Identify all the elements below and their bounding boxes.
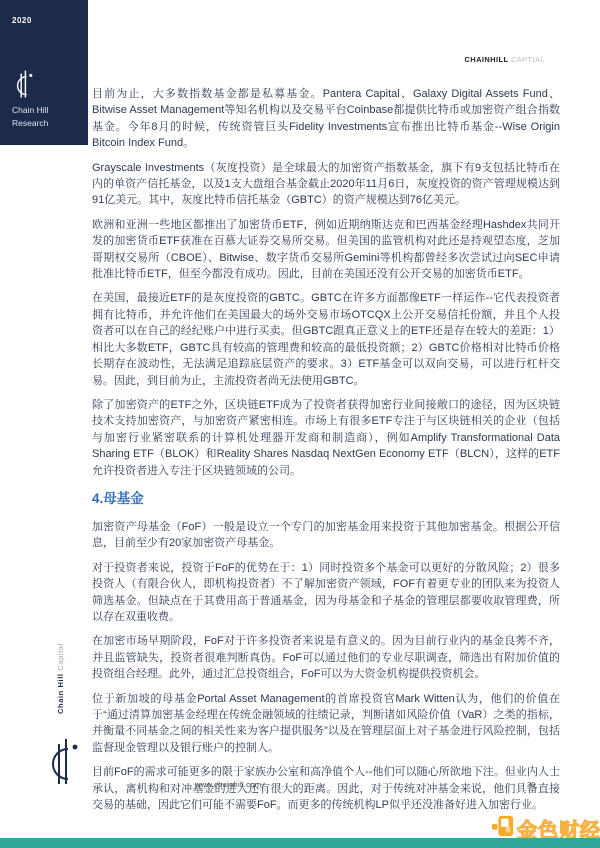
page-header-brand: CHAINHILL CAPTIAL xyxy=(464,55,545,64)
vertical-brand-bold: Chain Hill xyxy=(56,673,65,714)
body-paragraph: 在加密市场早期阶段，FoF对于许多投资者来说是有意义的。因为目前行业内的基金良莠… xyxy=(92,633,560,682)
vertical-brand-label: Chain Hill Capital xyxy=(56,643,65,714)
body-paragraph: 欧洲和亚洲一些地区都推出了加密货币ETF，例如近期纳斯达克和巴西基金经理Hash… xyxy=(92,217,560,283)
org-name-line2: Research xyxy=(12,117,48,130)
body-paragraph: 位于新加坡的母基金Portal Asset Management的首席投资官Ma… xyxy=(92,691,560,757)
body-paragraph: 目前FoF的需求可能更多的限于家族办公室和高净值个人--他们可以随心所欲地下注。… xyxy=(92,764,560,813)
org-name-line1: Chain Hill xyxy=(12,104,48,117)
footer-website: www.chainhill.com xyxy=(195,780,261,789)
page-number: 30 xyxy=(527,780,535,789)
vertical-brand-light: Capital xyxy=(56,643,65,671)
chainhill-monogram-icon xyxy=(12,70,34,105)
body-paragraph: 除了加密资产的ETF之外，区块链ETF成为了投资者获得加密行业间接敞口的途径，因… xyxy=(92,397,560,479)
body-paragraph: 对于投资者来说，投资于FoF的优势在于：1）同时投资多个基金可以更好的分散风险；… xyxy=(92,560,560,626)
body-paragraph: 加密资产母基金（FoF）一般是设立一个专门的加密基金用来投资于其他加密基金。根据… xyxy=(92,519,560,552)
body-paragraph: 在美国，最接近ETF的是灰度投资的GBTC。GBTC在许多方面都像ETF一样运作… xyxy=(92,290,560,388)
document-body: 目前为止，大多数指数基金都是私募基金。Pantera Capital、Galax… xyxy=(92,86,560,821)
body-paragraph: 目前为止，大多数指数基金都是私募基金。Pantera Capital、Galax… xyxy=(92,86,560,152)
report-year: 2020 xyxy=(12,16,32,25)
sidebar-header-block: 2020 Chain Hill Research xyxy=(0,0,88,145)
chainhill-monogram-large-icon xyxy=(44,738,80,793)
brand-name-light: CAPTIAL xyxy=(511,55,545,64)
brand-name-bold: CHAINHILL xyxy=(464,55,508,64)
section-heading: 4.母基金 xyxy=(92,487,560,507)
body-paragraph: Grayscale Investments（灰度投资）是全球最大的加密资产指数基… xyxy=(92,160,560,209)
org-name: Chain Hill Research xyxy=(12,104,48,130)
bottom-accent-bar xyxy=(0,838,600,848)
